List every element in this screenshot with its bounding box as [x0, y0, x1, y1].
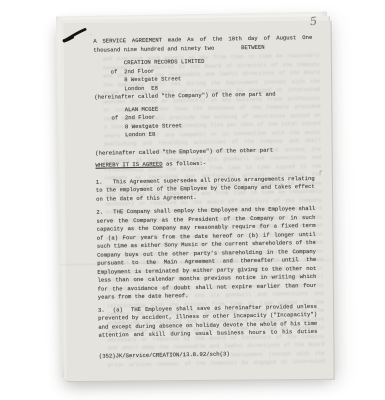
doc-block: 3. (a) THE Employee shall save as herein…: [98, 302, 318, 340]
document-text: A SERVICE AGREEMENT made As of the 10th …: [56, 12, 332, 378]
document-page: and exercise such powers as may from tim…: [56, 12, 333, 378]
document-line: (352)JK/Service/CREATION/13.8.92/sch(3): [99, 348, 318, 360]
doc-block: A SERVICE AGREEMENT made As of the 10th …: [93, 34, 312, 55]
doc-block: 2. THE Company shall employ the Employee…: [96, 205, 317, 302]
doc-block: 1. This Agreement supersedes all previou…: [96, 174, 315, 203]
doc-block: CREATION RECORDS LIMITED of 2nd Floor 8 …: [94, 56, 314, 94]
paper-specks: [56, 16, 58, 18]
doc-block: (hereinafter called "the Employee") of t…: [95, 145, 314, 157]
doc-block: ALAN MCGEE of 2nd Floor 8 Westgate Stree…: [94, 102, 314, 140]
doc-block: WHEREBY IT IS AGREED as follows:-: [95, 158, 314, 170]
document-line: (hereinafter called "the Employee") of t…: [95, 145, 314, 157]
photo-background: and exercise such powers as may from tim…: [0, 0, 385, 400]
document-line: WHEREBY IT IS AGREED as follows:-: [95, 158, 314, 170]
doc-block: (352)JK/Service/CREATION/13.8.92/sch(3): [99, 348, 318, 360]
